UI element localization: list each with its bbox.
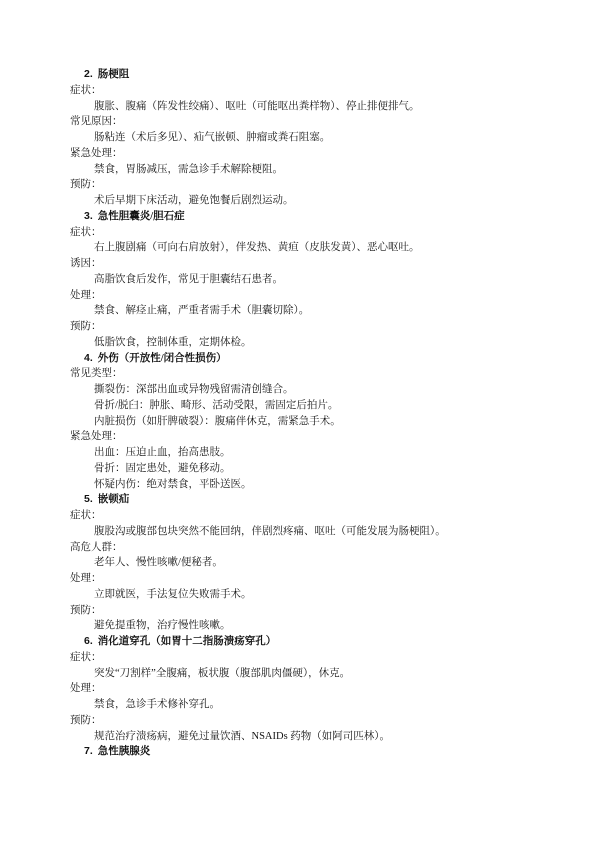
section-number: 4. xyxy=(84,352,93,364)
field-label: 处理： xyxy=(70,681,559,697)
text-line: 骨折：固定患处，避免移动。 xyxy=(70,461,559,477)
field-label: 症状： xyxy=(70,83,559,99)
text-line: 怀疑内伤：绝对禁食，平卧送医。 xyxy=(70,477,559,493)
field-label: 症状： xyxy=(70,225,559,241)
field-label: 处理： xyxy=(70,288,559,304)
section-heading: 5.嵌顿疝 xyxy=(70,492,559,508)
text-line: 突发“刀割样”全腹痛，板状腹（腹部肌肉僵硬），休克。 xyxy=(70,666,559,682)
field-label: 常见类型： xyxy=(70,366,559,382)
text-line: 撕裂伤：深部出血或异物残留需清创缝合。 xyxy=(70,382,559,398)
field-label: 处理： xyxy=(70,571,559,587)
section-title: 急性胆囊炎/胆石症 xyxy=(98,211,185,222)
section-number: 5. xyxy=(84,493,93,505)
field-label: 紧急处理： xyxy=(70,429,559,445)
text-line: 腹胀、腹痛（阵发性绞痛）、呕吐（可能呕出粪样物）、停止排便排气。 xyxy=(70,99,559,115)
text-line: 禁食，急诊手术修补穿孔。 xyxy=(70,697,559,713)
section-title: 急性胰腺炎 xyxy=(98,746,151,757)
section-heading: 7.急性胰腺炎 xyxy=(70,744,559,760)
text-line: 禁食、解痉止痛，严重者需手术（胆囊切除）。 xyxy=(70,303,559,319)
section-heading: 4.外伤（开放性/闭合性损伤） xyxy=(70,351,559,367)
text-line: 高脂饮食后发作，常见于胆囊结石患者。 xyxy=(70,272,559,288)
text-line: 肠粘连（术后多见）、疝气嵌顿、肿瘤或粪石阻塞。 xyxy=(70,130,559,146)
document-page: 2.肠梗阻症状：腹胀、腹痛（阵发性绞痛）、呕吐（可能呕出粪样物）、停止排便排气。… xyxy=(0,0,595,841)
text-line: 右上腹剧痛（可向右肩放射），伴发热、黄疸（皮肤发黄）、恶心呕吐。 xyxy=(70,240,559,256)
field-label: 紧急处理： xyxy=(70,146,559,162)
section-number: 6. xyxy=(84,635,93,647)
text-line: 骨折/脱臼：肿胀、畸形、活动受限，需固定后拍片。 xyxy=(70,398,559,414)
text-line: 腹股沟或腹部包块突然不能回纳，伴剧烈疼痛、呕吐（可能发展为肠梗阻）。 xyxy=(70,524,559,540)
section-number: 2. xyxy=(84,68,93,80)
text-line: 立即就医，手法复位失败需手术。 xyxy=(70,587,559,603)
section-title: 外伤（开放性/闭合性损伤） xyxy=(98,353,227,364)
field-label: 常见原因： xyxy=(70,114,559,130)
section-heading: 3.急性胆囊炎/胆石症 xyxy=(70,209,559,225)
field-label: 预防： xyxy=(70,319,559,335)
field-label: 预防： xyxy=(70,713,559,729)
field-label: 诱因： xyxy=(70,256,559,272)
section-number: 3. xyxy=(84,210,93,222)
field-label: 高危人群： xyxy=(70,540,559,556)
text-line: 低脂饮食，控制体重，定期体检。 xyxy=(70,335,559,351)
section-title: 嵌顿疝 xyxy=(98,494,130,505)
field-label: 症状： xyxy=(70,650,559,666)
field-label: 症状： xyxy=(70,508,559,524)
text-line: 规范治疗溃疡病，避免过量饮酒、NSAIDs 药物（如阿司匹林）。 xyxy=(70,729,559,745)
section-heading: 6.消化道穿孔（如胃十二指肠溃疡穿孔） xyxy=(70,634,559,650)
text-line: 术后早期下床活动，避免饱餐后剧烈运动。 xyxy=(70,193,559,209)
text-line: 老年人、慢性咳嗽/便秘者。 xyxy=(70,555,559,571)
section-title: 消化道穿孔（如胃十二指肠溃疡穿孔） xyxy=(98,636,277,647)
text-line: 内脏损伤（如肝脾破裂）：腹痛伴休克，需紧急手术。 xyxy=(70,414,559,430)
text-line: 禁食，胃肠减压，需急诊手术解除梗阻。 xyxy=(70,162,559,178)
document-body: 2.肠梗阻症状：腹胀、腹痛（阵发性绞痛）、呕吐（可能呕出粪样物）、停止排便排气。… xyxy=(70,67,559,760)
field-label: 预防： xyxy=(70,177,559,193)
field-label: 预防： xyxy=(70,603,559,619)
section-title: 肠梗阻 xyxy=(98,69,130,80)
section-heading: 2.肠梗阻 xyxy=(70,67,559,83)
text-line: 避免提重物，治疗慢性咳嗽。 xyxy=(70,618,559,634)
text-line: 出血：压迫止血，抬高患肢。 xyxy=(70,445,559,461)
section-number: 7. xyxy=(84,745,93,757)
